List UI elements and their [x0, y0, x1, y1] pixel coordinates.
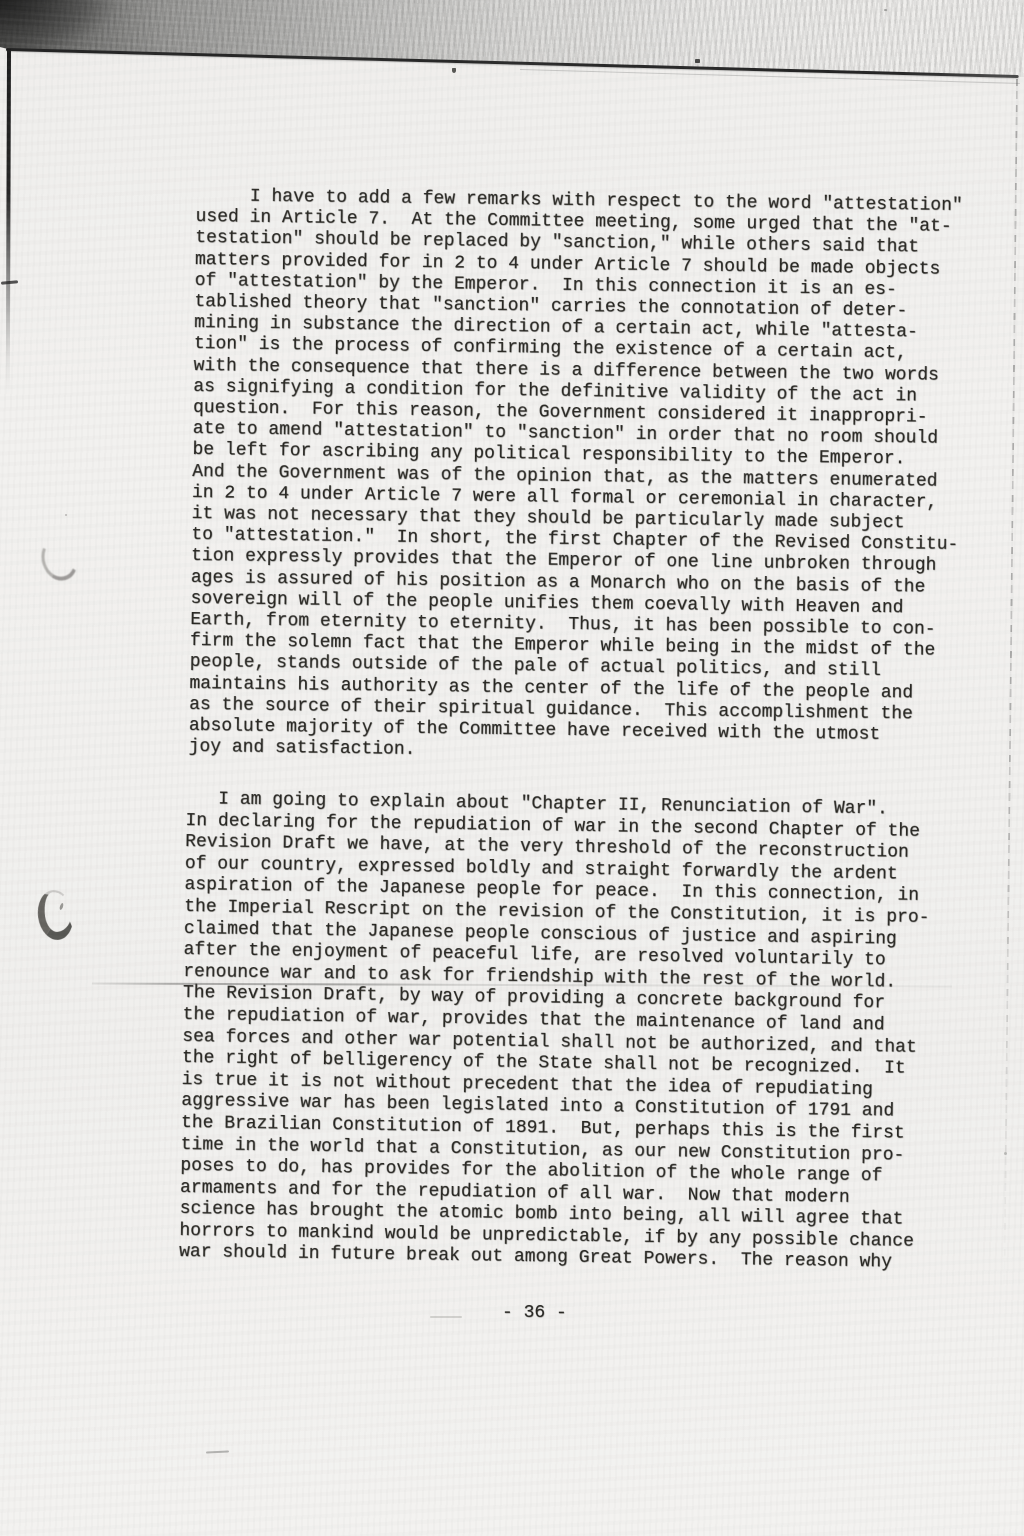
scanned-document-page: I have to add a few remarks with respect… — [0, 0, 1024, 1536]
stray-faint-dash — [430, 1316, 462, 1318]
scanner-background-band — [0, 0, 1024, 80]
page-left-edge-line — [6, 49, 11, 394]
stray-pencil-dash — [206, 1450, 229, 1453]
ink-speck — [1004, 1152, 1007, 1155]
page-number: - 36 - — [502, 1302, 567, 1324]
ink-speck — [695, 59, 700, 63]
ink-speck — [452, 68, 456, 73]
paragraph-attestation: I have to add a few remarks with respect… — [189, 186, 963, 768]
handwritten-margin-mark-light — [36, 534, 82, 585]
paragraph-renunciation-of-war: I am going to explain about "Chapter II,… — [179, 789, 931, 1275]
ink-speck — [65, 514, 67, 516]
ink-speck — [884, 9, 887, 11]
page-right-edge-crease — [1003, 79, 1018, 1294]
handwritten-margin-mark-dark — [35, 888, 77, 942]
